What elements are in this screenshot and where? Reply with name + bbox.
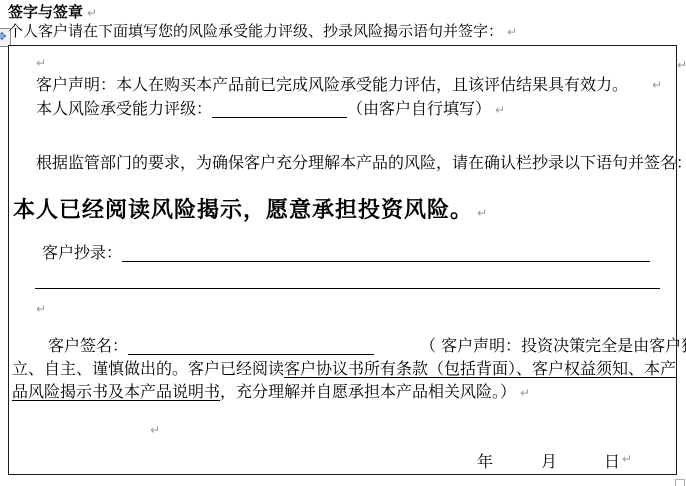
date-month-label: 月 (541, 449, 557, 472)
risk-statement-text: 本人已经阅读风险揭示，愿意承担投资风险。 (13, 198, 473, 223)
signature-blank-field[interactable] (128, 339, 374, 355)
signature-note-line2: 立、自主、谨慎做出的。客户已经阅读客户协议书所有条款（包括背面）、客户权益须知、… (12, 359, 676, 378)
signature-note-open: （ 客户声明：投资决策完全是由客户独 (420, 336, 686, 355)
risk-statement-line: 本人已经阅读风险揭示，愿意承担投资风险。↵ (13, 193, 487, 224)
writing-rule-line[interactable] (35, 288, 660, 289)
risk-rating-blank-field[interactable] (212, 102, 347, 118)
client-copy-line: 客户抄录： (42, 243, 650, 262)
pilcrow-mark: ↵ (520, 386, 530, 400)
client-copy-blank-field[interactable] (122, 246, 650, 262)
instruction-line: 根据监管部门的要求，为确保客户充分理解本产品的风险，请在确认栏抄录以下语句并签名… (36, 153, 686, 172)
signature-note-l2-underlined: 客户协议书所有条款（包括背面）、客户权益须知、本产 (284, 359, 676, 378)
pilcrow-mark: ↵ (477, 206, 487, 220)
client-declaration-line: 客户声明：本人在购买本产品前已完成风险承受能力评估，且该评估结果具有效力。 (36, 75, 628, 94)
pilcrow-mark: ↵ (652, 78, 662, 92)
instruction-text: 根据监管部门的要求，为确保客户充分理解本产品的风险，请在确认栏抄录以下语句并签名… (36, 153, 686, 172)
section-heading-text: 签字与签章 (8, 3, 83, 21)
table-resize-handle-icon[interactable] (675, 479, 685, 486)
signature-note-line3: 品风险揭示书及本产品说明书，充分理解并自愿承担本产品相关风险。）↵ (12, 382, 530, 401)
date-day-label: 日 (604, 449, 620, 472)
pilcrow-mark: ↵ (668, 156, 678, 170)
document-page: ✥ 签字与签章↵ 个人客户请在下面填写您的风险承受能力评级、抄录风险揭示语句并签… (0, 0, 686, 486)
pilcrow-mark: ↵ (87, 6, 97, 20)
date-year-label: 年 (477, 449, 493, 472)
signature-note-l3-underlined: 品风险揭示书及本产品说明书 (12, 382, 220, 401)
pilcrow-mark: ↵ (677, 58, 686, 72)
client-declaration-text: 客户声明：本人在购买本产品前已完成风险承受能力评估，且该评估结果具有效力。 (36, 75, 628, 94)
signature-label-group: 客户签名： (48, 336, 374, 355)
client-copy-label: 客户抄录： (42, 243, 122, 262)
signature-note-l2-normal: 立、自主、谨慎做出的。客户已经阅读 (12, 359, 284, 378)
pilcrow-mark: ↵ (622, 452, 632, 466)
risk-rating-label: 本人风险承受能力评级： (36, 99, 212, 118)
intro-line: 个人客户请在下面填写您的风险承受能力评级、抄录风险揭示语句并签字：↵ (8, 22, 517, 41)
signature-note-l3-normal: ，充分理解并自愿承担本产品相关风险。） (220, 382, 516, 401)
intro-text: 个人客户请在下面填写您的风险承受能力评级、抄录风险揭示语句并签字： (8, 22, 503, 40)
signature-label: 客户签名： (48, 336, 128, 355)
risk-rating-line: 本人风险承受能力评级：（由客户自行填写）↵ (36, 99, 505, 118)
pilcrow-mark: ↵ (150, 423, 160, 437)
pilcrow-mark: ↵ (36, 56, 46, 70)
section-heading: 签字与签章↵ (8, 3, 97, 22)
pilcrow-mark: ↵ (495, 103, 505, 117)
signature-note-line1: （ 客户声明：投资决策完全是由客户独 (420, 336, 686, 355)
risk-rating-note: （由客户自行填写） (347, 99, 491, 118)
pilcrow-mark: ↵ (507, 25, 517, 39)
pilcrow-mark: ↵ (36, 302, 46, 316)
